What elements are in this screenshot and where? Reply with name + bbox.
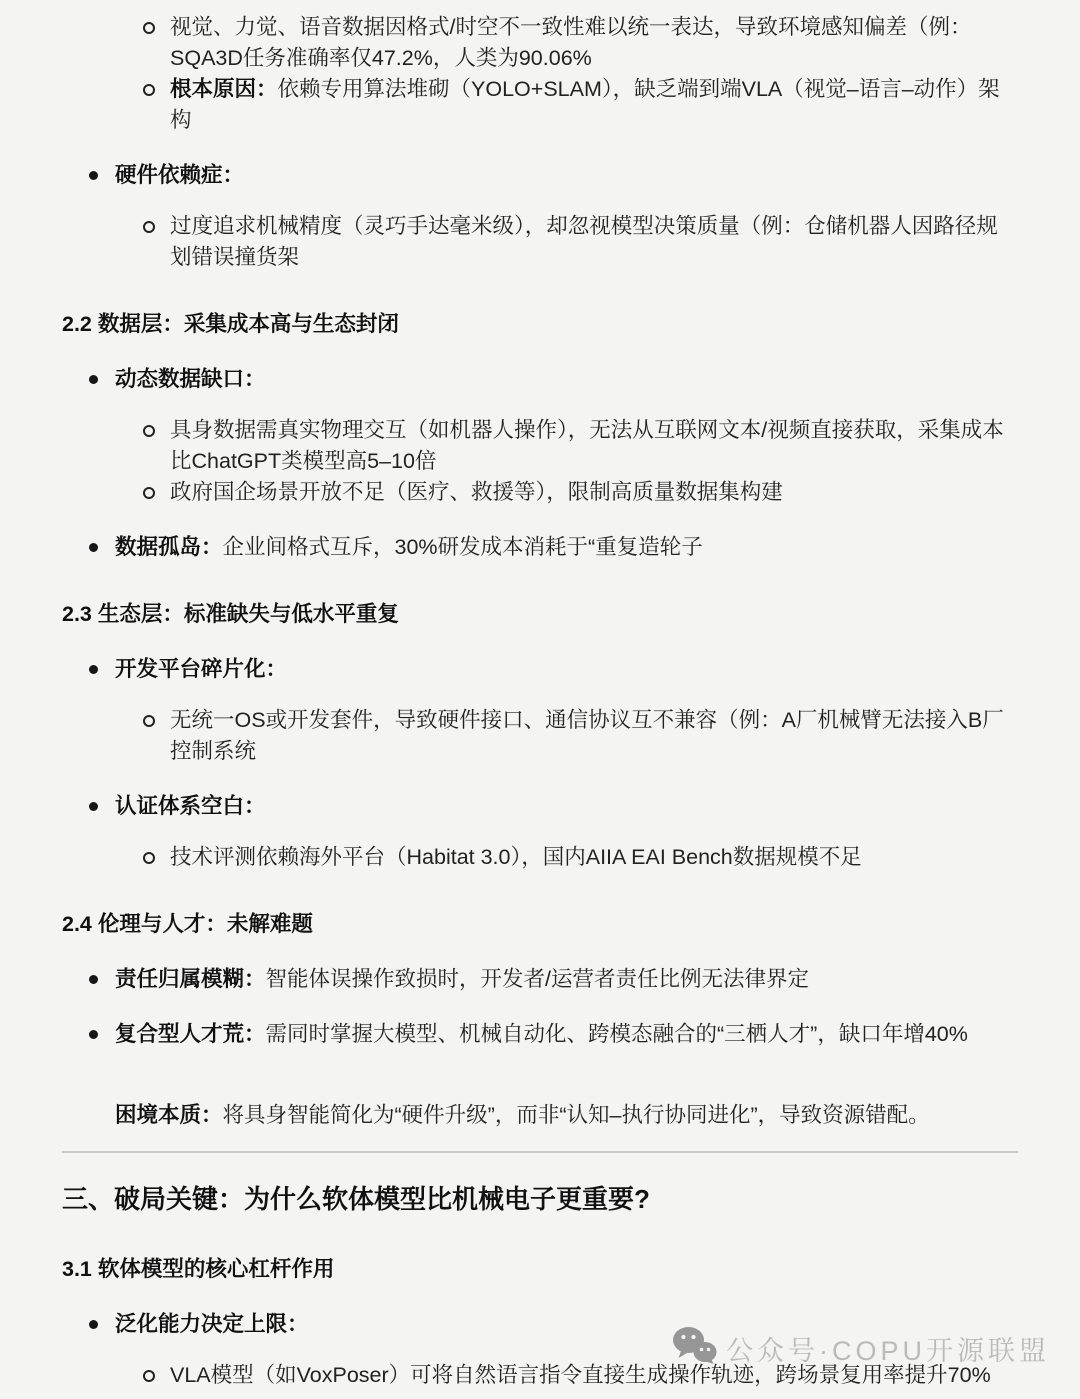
platform-sublist: 无统一OS或开发套件，导致硬件接口、通信协议互不兼容（例：A厂机械臂无法接入B厂…: [62, 705, 1018, 767]
list-item: 过度追求机械精度（灵巧手达毫米级），却忽视模型决策质量（例：仓储机器人因路径规划…: [62, 211, 1018, 273]
list-item: 开发平台碎片化：: [62, 654, 1018, 685]
list-item: 责任归属模糊：智能体误操作致损时，开发者/运营者责任比例无法律界定: [62, 964, 1018, 995]
essence-text: 将具身智能简化为“硬件升级”，而非“认知–执行协同进化”，导致资源错配。: [223, 1103, 930, 1127]
list-item: 动态数据缺口：: [62, 364, 1018, 395]
item-lead: 认证体系空白：: [115, 794, 266, 818]
item-lead: 复合型人才荒：: [115, 1022, 266, 1046]
list-item: 视觉、力觉、语音数据因格式/时空不一致性难以统一表达，导致环境感知偏差（例：SQ…: [62, 12, 1018, 74]
watermark-text: 公众号·COPU开源联盟: [726, 1329, 1050, 1368]
section-divider: [62, 1151, 1018, 1153]
data-gap-sublist: 具身数据需真实物理交互（如机器人操作），无法从互联网文本/视频直接获取，采集成本…: [62, 415, 1018, 508]
section-heading-3-1: 3.1 软体模型的核心杠杆作用: [62, 1254, 1018, 1285]
item-lead: 数据孤岛：: [115, 535, 223, 559]
perception-sublist: 视觉、力觉、语音数据因格式/时空不一致性难以统一表达，导致环境感知偏差（例：SQ…: [62, 12, 1018, 136]
item-text: 过度追求机械精度（灵巧手达毫米级），却忽视模型决策质量（例：仓储机器人因路径规划…: [170, 214, 998, 269]
certification-sublist: 技术评测依赖海外平台（Habitat 3.0），国内AIIA EAI Bench…: [62, 842, 1018, 873]
platform-list: 开发平台碎片化：: [62, 654, 1018, 685]
hardware-list: 硬件依赖症：: [62, 160, 1018, 191]
item-text: 智能体误操作致损时，开发者/运营者责任比例无法律界定: [266, 967, 809, 991]
list-item: 根本原因：依赖专用算法堆砌（YOLO+SLAM），缺乏端到端VLA（视觉–语言–…: [62, 74, 1018, 136]
document-body: 视觉、力觉、语音数据因格式/时空不一致性难以统一表达，导致环境感知偏差（例：SQ…: [0, 0, 1080, 1391]
item-text: 企业间格式互斥，30%研发成本消耗于“重复造轮子: [223, 535, 703, 559]
list-item: 具身数据需真实物理交互（如机器人操作），无法从互联网文本/视频直接获取，采集成本…: [62, 415, 1018, 477]
data-silo-list: 数据孤岛：企业间格式互斥，30%研发成本消耗于“重复造轮子: [62, 532, 1018, 563]
item-text: 依赖专用算法堆砌（YOLO+SLAM），缺乏端到端VLA（视觉–语言–动作）架构: [170, 77, 1000, 132]
item-text: 具身数据需真实物理交互（如机器人操作），无法从互联网文本/视频直接获取，采集成本…: [170, 418, 1004, 473]
item-text: 需同时掌握大模型、机械自动化、跨模态融合的“三栖人才”，缺口年增40%: [266, 1022, 968, 1046]
list-item: 认证体系空白：: [62, 791, 1018, 822]
data-gap-list: 动态数据缺口：: [62, 364, 1018, 395]
item-text: 视觉、力觉、语音数据因格式/时空不一致性难以统一表达，导致环境感知偏差（例：SQ…: [170, 15, 971, 70]
item-text: 技术评测依赖海外平台（Habitat 3.0），国内AIIA EAI Bench…: [170, 845, 862, 869]
hardware-sublist: 过度追求机械精度（灵巧手达毫米级），却忽视模型决策质量（例：仓储机器人因路径规划…: [62, 211, 1018, 273]
section-heading-2-2: 2.2 数据层：采集成本高与生态封闭: [62, 309, 1018, 340]
list-item: 复合型人才荒：需同时掌握大模型、机械自动化、跨模态融合的“三栖人才”，缺口年增4…: [62, 1019, 1018, 1050]
wechat-icon: [672, 1326, 718, 1371]
essence-paragraph: 困境本质：将具身智能简化为“硬件升级”，而非“认知–执行协同进化”，导致资源错配…: [62, 1100, 1018, 1131]
item-lead: 泛化能力决定上限：: [115, 1312, 309, 1336]
list-item: 技术评测依赖海外平台（Habitat 3.0），国内AIIA EAI Bench…: [62, 842, 1018, 873]
chapter-heading: 三、破局关键：为什么软体模型比机械电子更重要?: [62, 1180, 1018, 1218]
ethics-list: 责任归属模糊：智能体误操作致损时，开发者/运营者责任比例无法律界定 复合型人才荒…: [62, 964, 1018, 1050]
watermark: 公众号·COPU开源联盟: [672, 1326, 1050, 1371]
list-item: 数据孤岛：企业间格式互斥，30%研发成本消耗于“重复造轮子: [62, 532, 1018, 563]
essence-lead: 困境本质：: [115, 1103, 223, 1127]
item-lead: 动态数据缺口：: [115, 367, 266, 391]
item-lead: 硬件依赖症：: [115, 163, 244, 187]
item-text: 无统一OS或开发套件，导致硬件接口、通信协议互不兼容（例：A厂机械臂无法接入B厂…: [170, 708, 1004, 763]
list-item: 无统一OS或开发套件，导致硬件接口、通信协议互不兼容（例：A厂机械臂无法接入B厂…: [62, 705, 1018, 767]
section-heading-2-3: 2.3 生态层：标准缺失与低水平重复: [62, 599, 1018, 630]
list-item: 硬件依赖症：: [62, 160, 1018, 191]
list-item: 政府国企场景开放不足（医疗、救援等），限制高质量数据集构建: [62, 477, 1018, 508]
certification-list: 认证体系空白：: [62, 791, 1018, 822]
item-text: 政府国企场景开放不足（医疗、救援等），限制高质量数据集构建: [170, 480, 783, 504]
item-lead: 开发平台碎片化：: [115, 657, 287, 681]
section-heading-2-4: 2.4 伦理与人才：未解难题: [62, 909, 1018, 940]
item-lead: 责任归属模糊：: [115, 967, 266, 991]
item-lead: 根本原因：: [170, 77, 278, 101]
